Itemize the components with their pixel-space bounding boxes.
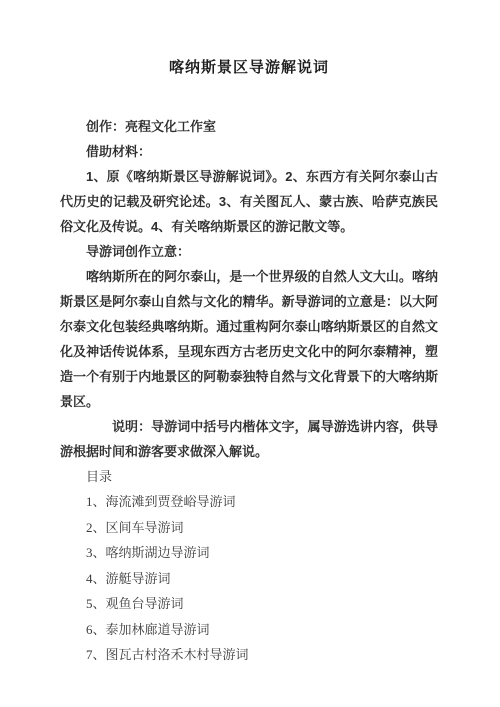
toc-item: 7、图瓦古村洛禾木村导游词 [60,642,438,668]
toc-item: 5、观鱼台导游词 [60,591,438,617]
toc-item: 6、泰加林廊道导游词 [60,617,438,643]
materials-paragraph: 1、原《喀纳斯景区导游解说词》。2、东西方有关阿尔泰山古代历史的记载及研究论述。… [60,164,438,239]
table-of-contents: 目录 1、海流滩到贾登峪导游词 2、区间车导游词 3、喀纳斯湖边导游词 4、游艇… [60,464,438,668]
materials-label: 借助材料： [60,139,438,164]
toc-item: 3、喀纳斯湖边导游词 [60,540,438,566]
toc-item: 1、海流滩到贾登峪导游词 [60,489,438,515]
creator-line: 创作：亮程文化工作室 [60,114,438,139]
intent-paragraph: 喀纳斯所在的阿尔泰山，是一个世界级的自然人文大山。喀纳斯景区是阿尔泰山自然与文化… [60,264,438,414]
intent-label: 导游词创作立意： [60,239,438,264]
toc-item: 2、区间车导游词 [60,515,438,541]
toc-item: 4、游艇导游词 [60,566,438,592]
document-page: 喀纳斯景区导游解说词 创作：亮程文化工作室 借助材料： 1、原《喀纳斯景区导游解… [0,0,500,707]
note-paragraph: 说明：导游词中括号内楷体文字，属导游选讲内容，供导游根据时间和游客要求做深入解说… [60,414,438,464]
toc-heading: 目录 [60,464,438,489]
document-title: 喀纳斯景区导游解说词 [60,56,438,80]
